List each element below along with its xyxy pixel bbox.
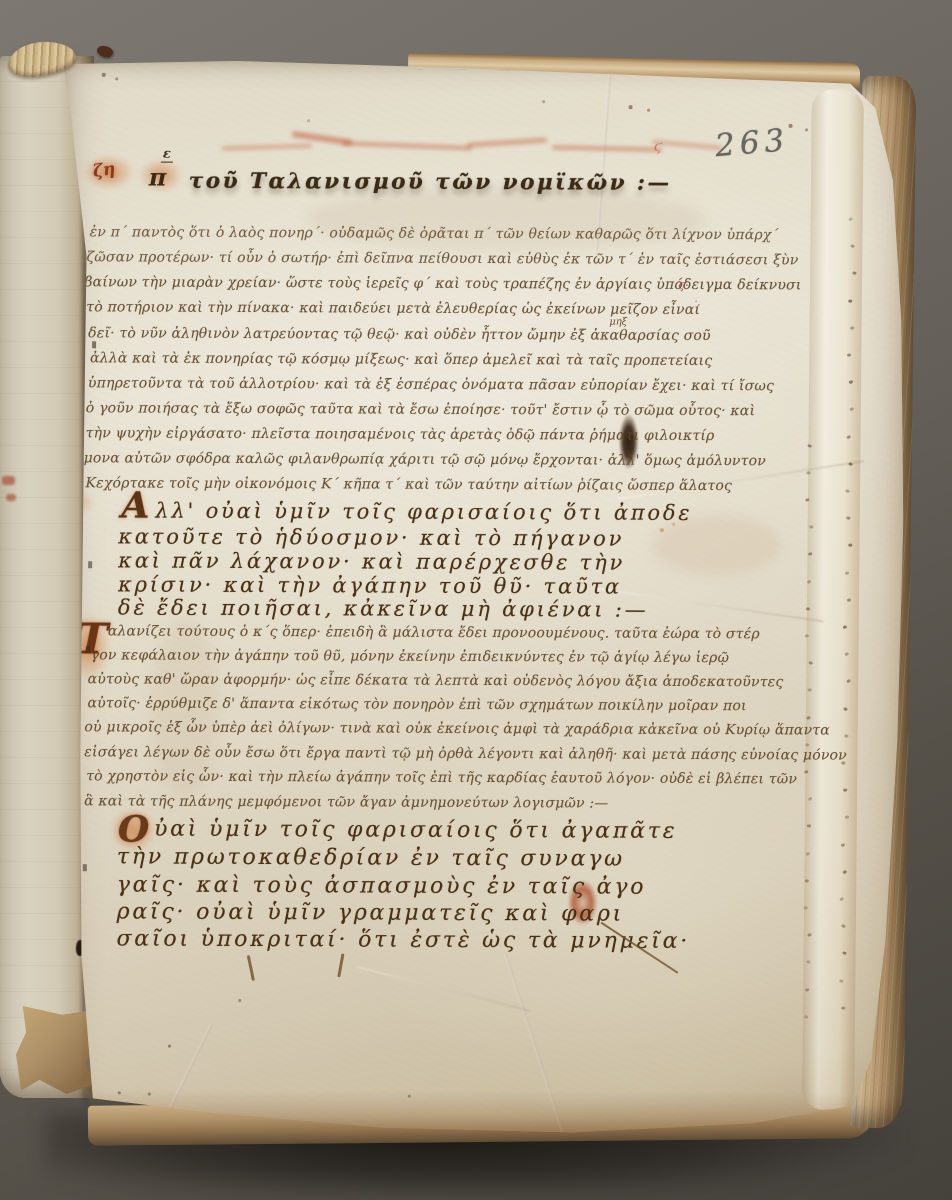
lemma-line: τὴν πρωτοκαθεδρίαν ἐν ταῖς συναγω: [117, 844, 625, 871]
rubric-trace: [222, 144, 312, 151]
text-line: Κεχόρτακε τοῖς μὴν οἰκονόμοις Κ΄ κῆπα τ΄…: [85, 475, 732, 494]
lemma-line: ραῖς· οὐαὶ ὑμῖν γραμματεῖς καὶ φαρι: [117, 899, 625, 926]
rubric-red-glyph: ϛ: [653, 139, 662, 156]
text-line: τὸ χρηστὸν εἰς ὧν· καὶ τὴν πλείω ἀγάπην …: [86, 768, 797, 787]
erased-red-rubric: ϛ: [222, 133, 767, 165]
text-line: δεῖ· τὸ νῦν ἀληθινὸν λατρεύοντας τῷ θεῷ·…: [88, 325, 711, 344]
red-offset-smudge: [6, 494, 16, 501]
folio-number: 263: [714, 122, 791, 164]
text-line: γον κεφάλαιον τὴν ἀγάπην τοῦ θῦ, μόνην ἐ…: [91, 647, 729, 666]
margin-red-mark: ϛ·: [677, 277, 689, 292]
curled-fore-edge-band: [802, 89, 864, 1109]
text-line: ἃ καὶ τὰ τῆς πλάνης μεμφόμενοι τῶν ἄγαν …: [84, 793, 608, 811]
text-line: μονα αὐτῶν σφόδρα καλῶς φιλανθρωπίᾳ χάρι…: [84, 450, 766, 469]
lemma-line: δὲ ἔδει ποιῆσαι, κἀκεῖνα μὴ ἀφιέναι :—: [118, 595, 649, 621]
text-line: ἀλλὰ καὶ τὰ ἐκ πονηρίας τῷ κόσμῳ μίξεως·…: [90, 350, 712, 369]
text-line: ὑπηρετοῦντα τὰ τοῦ ἀλλοτρίου· καὶ τὰ ἐξ …: [88, 375, 774, 394]
photo-of-manuscript: { "page": { "folio_number": "263", "head…: [0, 0, 952, 1200]
text-line: οὐ μικροῖς ἐξ ὧν ὑπὲρ ἀεὶ ὀλίγων· τινὰ κ…: [84, 719, 830, 738]
pricking-dot: [845, 571, 849, 574]
text-line: τὴν ψυχὴν εἰργάσατο· πλεῖστα ποιησαμένοι…: [86, 425, 715, 444]
lemma-line: κατοῦτε τὸ ἡδύοσμον· καὶ τὸ πήγανον: [118, 524, 624, 550]
pricking-dot: [841, 1006, 845, 1009]
pricking-dot: [805, 988, 809, 991]
rubric-trace: [652, 140, 722, 150]
pricking-dot: [846, 598, 850, 602]
text-line: εἰσάγει λέγων δὲ οὖν ἔσω ὅτι ἔργα παντὶ …: [84, 744, 847, 763]
text-line: αὐτοῖς· ἐρρύθμιζε δ' ἅπαντα εἰκότως τὸν …: [87, 695, 746, 714]
chapter-title: τοῦ Ταλανισμοῦ τῶν νομϊκῶν :—: [189, 169, 672, 196]
lemma-line: γαῖς· καὶ τοὺς ἀσπασμοὺς ἐν ταῖς ἀγο: [117, 872, 647, 899]
text-line: ζῶσαν προτέρων· τί οὖν ὁ σωτήρ· ἐπὶ δεῖπ…: [86, 249, 798, 268]
pricking-dot: [806, 607, 810, 611]
text-line: βαίνων τὴν μιαρὰν χρείαν· ὥστε τοὺς ἱερε…: [84, 274, 801, 293]
manuscript-page: ϛ ζη π ε τοῦ Ταλανισμοῦ τῶν νομϊκῶν :— 2…: [53, 56, 906, 1138]
lemma-line: καὶ πᾶν λάχανον· καὶ παρέρχεσθε τὴν: [118, 548, 625, 574]
title-abbreviation-pi: π: [149, 163, 167, 192]
rubric-trace: [467, 138, 547, 148]
pricking-dot: [805, 743, 810, 747]
pricking-dot: [850, 326, 854, 329]
red-offset-smudge: [2, 476, 15, 485]
lemma-line: σαῖοι ὑποκριταί· ὅτι ἐστὲ ὡς τὰ μνημεῖα·: [116, 926, 690, 954]
interlinear-note: μηξ: [609, 317, 627, 328]
lemma-line: ὐαὶ ὑμῖν τοῖς φαρισαίοις ὅτι ἀγαπᾶτε: [154, 817, 677, 844]
lemma-line: κρίσιν· καὶ τὴν ἀγάπην τοῦ θῦ· ταῦτα: [118, 572, 622, 598]
rubric-trace: [342, 141, 472, 150]
title-abbreviation-epsilon: ε: [161, 147, 173, 163]
text-line: ὁ γοῦν ποιήσας τὰ ἔξω σοφῶς ταῦτα καὶ τὰ…: [86, 400, 755, 419]
text-line: αὐτοὺς καθ' ὥραν ἀφορμήν· ὡς εἶπε δέκατα…: [88, 671, 784, 690]
zetei-mark: ζη: [92, 159, 117, 182]
pricking-dot: [839, 979, 844, 983]
lemma-line: λλ' οὐαὶ ὑμῖν τοῖς φαρισαίοις ὅτι ἀποδε: [155, 499, 692, 525]
dark-fleck: [95, 43, 114, 60]
text-line: ἐν π΄ παντὸς ὅτι ὁ λαὸς πονηρ΄· οὐδαμῶς …: [90, 224, 779, 243]
initial-alpha: Α: [121, 484, 149, 526]
text-line: τὸ ποτήριον καὶ τὴν πίνακα· καὶ παιδεύει…: [86, 299, 700, 318]
text-line: αλανίζει τούτους ὁ κ΄ς ὅπερ· ἐπειδὴ ἃ μά…: [108, 623, 760, 642]
pricking-dot: [806, 471, 810, 474]
facing-page-gutter: [0, 56, 94, 1098]
rubric-trace: [552, 145, 662, 151]
